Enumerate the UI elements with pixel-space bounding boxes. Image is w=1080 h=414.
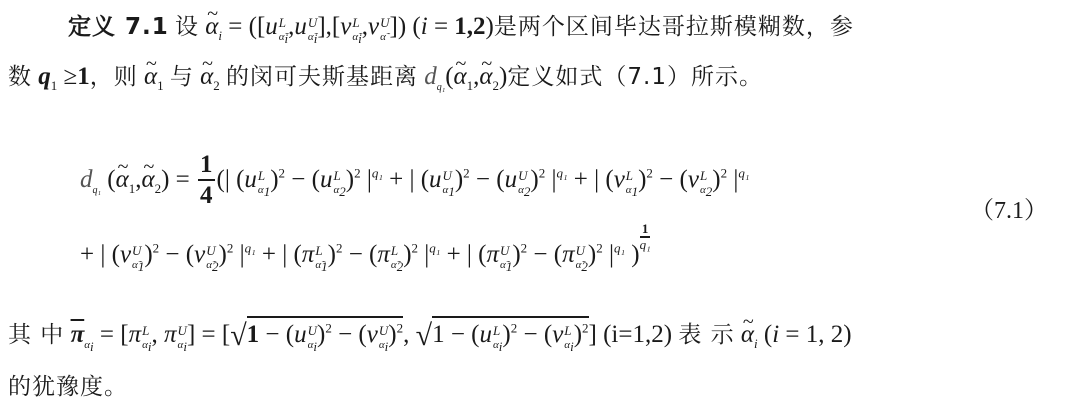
where-prefix: 其 中 (8, 322, 64, 348)
alpha-1: α1 (144, 63, 164, 90)
where-line: 其 中 παi = [πLαi, πUαi] = [√1 − (uUαi)2 −… (8, 316, 852, 350)
definition-label: 定义 7.1 (68, 14, 169, 40)
line2-start: 数 (8, 64, 32, 90)
definition-text: 是两个区间毕达哥拉斯模糊数，参 (494, 14, 854, 40)
param-q1: q1 ≥1 (38, 63, 89, 90)
definition-line-2: 数 q1 ≥1，则 α1 与 α2 的闵可夫斯基距离 dq₁(α1,α2)定义如… (8, 62, 763, 92)
fraction-one-quarter: 14 (198, 151, 215, 211)
definition-line-1: 定义 7.1 设 αi = ([uLα̃i,uUα̃i],[vLα̃i,vUα̃… (68, 12, 854, 42)
line2-mid: 的闵可夫斯基距离 (226, 64, 418, 90)
equation-row-1: dq₁ (α1,α2) = 14(| (uLα1)2 − (uLα2)2 |q₁… (80, 150, 749, 211)
intro-text: 设 (175, 14, 199, 40)
line2-sep: ，则 (90, 64, 138, 90)
equation-row-2: + | (vUα̃1)2 − (vUα̃2)2 |q₁ + | (πLα̃1)2… (80, 240, 651, 270)
line2-end: 定义如式（7.1）所示。 (507, 64, 763, 90)
equation-number: （7.1） (970, 190, 1048, 225)
distance-symbol: dq₁(α1,α2) (424, 63, 507, 90)
line2-and: 与 (170, 64, 194, 90)
last-line: 的犹豫度。 (8, 372, 128, 402)
definition-formula: αi = ([uLα̃i,uUα̃i],[vLα̃i,vUα̃]) (i = 1… (205, 13, 494, 40)
alpha-i: αi (i = 1, 2) (741, 321, 852, 348)
where-suffix-word: 表 示 (678, 322, 734, 348)
alpha-2: α2 (200, 63, 220, 90)
hesitancy-formula: παi = [πLαi, πUαi] = [√1 − (uUαi)2 − (vU… (71, 321, 673, 348)
last-line-text: 的犹豫度。 (8, 374, 128, 400)
